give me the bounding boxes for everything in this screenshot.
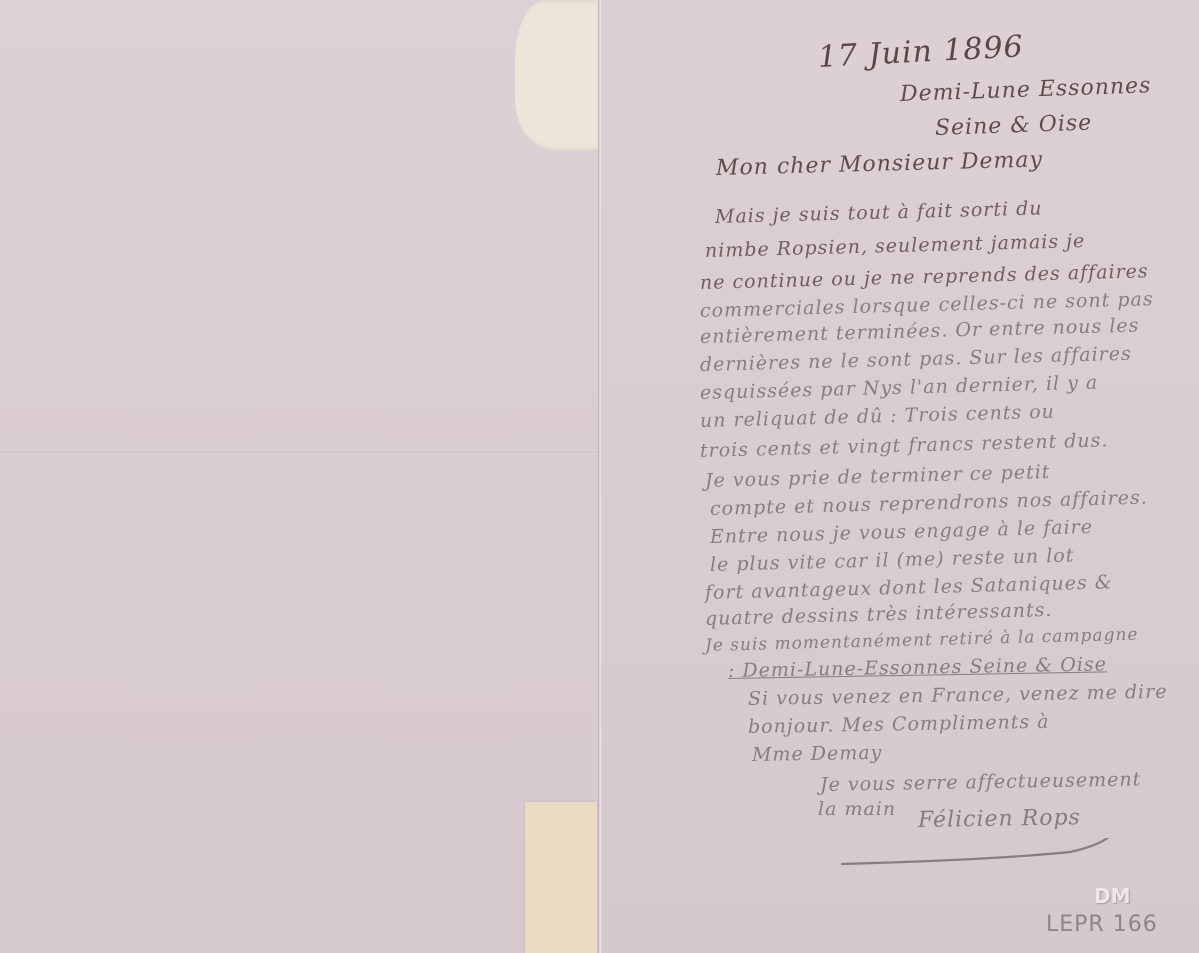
letter-body-line: Je vous prie de terminer ce petit: [705, 461, 1051, 492]
letter-body-line: esquissées par Nys l'an dernier, il y a: [700, 372, 1099, 404]
letter-closing-line-2: la main: [818, 798, 896, 820]
signature-flourish: [840, 838, 1110, 868]
letter-body-line: dernières ne le sont pas. Sur les affair…: [700, 343, 1132, 376]
letter-signature: Félicien Rops: [918, 805, 1081, 833]
archive-blind-stamp: DM: [1094, 884, 1131, 908]
letter-place-line-2: Seine & Oise: [935, 111, 1093, 141]
archive-reference-number: LEPR 166: [1046, 912, 1158, 937]
letter-body-line: ne continue ou je ne reprends des affair…: [700, 260, 1149, 294]
letter-body-line: nimbe Ropsien, seulement jamais je: [705, 230, 1086, 262]
letter-body-line: Si vous venez en France, venez me dire: [748, 681, 1168, 710]
letter-salutation: Mon cher Monsieur Demay: [716, 147, 1044, 181]
letter-closing-line-1: Je vous serre affectueusement: [820, 768, 1142, 796]
letter-date: 17 Juin 1896: [817, 29, 1024, 75]
letter-place-line-1: Demi-Lune Essonnes: [900, 73, 1152, 107]
letter-body-line: Entre nous je vous engage à le faire: [710, 516, 1094, 548]
letter-address-underlined: : Demi-Lune-Essonnes Seine & Oise: [728, 653, 1107, 682]
letter-body-line: le plus vite car il (me) reste un lot: [710, 544, 1075, 576]
letter-body-line: Mais je suis tout à fait sorti du: [715, 197, 1043, 228]
letter-body-line: Je suis momentanément retiré à la campag…: [705, 625, 1139, 656]
letter-body-line: trois cents et vingt francs restent dus.: [700, 429, 1109, 462]
letter-body-line: quatre dessins très intéressants.: [705, 599, 1053, 630]
letter-body-line: un reliquat de dû : Trois cents ou: [700, 401, 1055, 432]
letter-body-line: Mme Demay: [752, 742, 883, 766]
letter-body-line: compte et nous reprendrons nos affaires.: [710, 487, 1148, 520]
letter-text: 17 Juin 1896 Demi-Lune Essonnes Seine & …: [0, 0, 1199, 953]
letter-body-line: bonjour. Mes Compliments à: [748, 711, 1050, 738]
